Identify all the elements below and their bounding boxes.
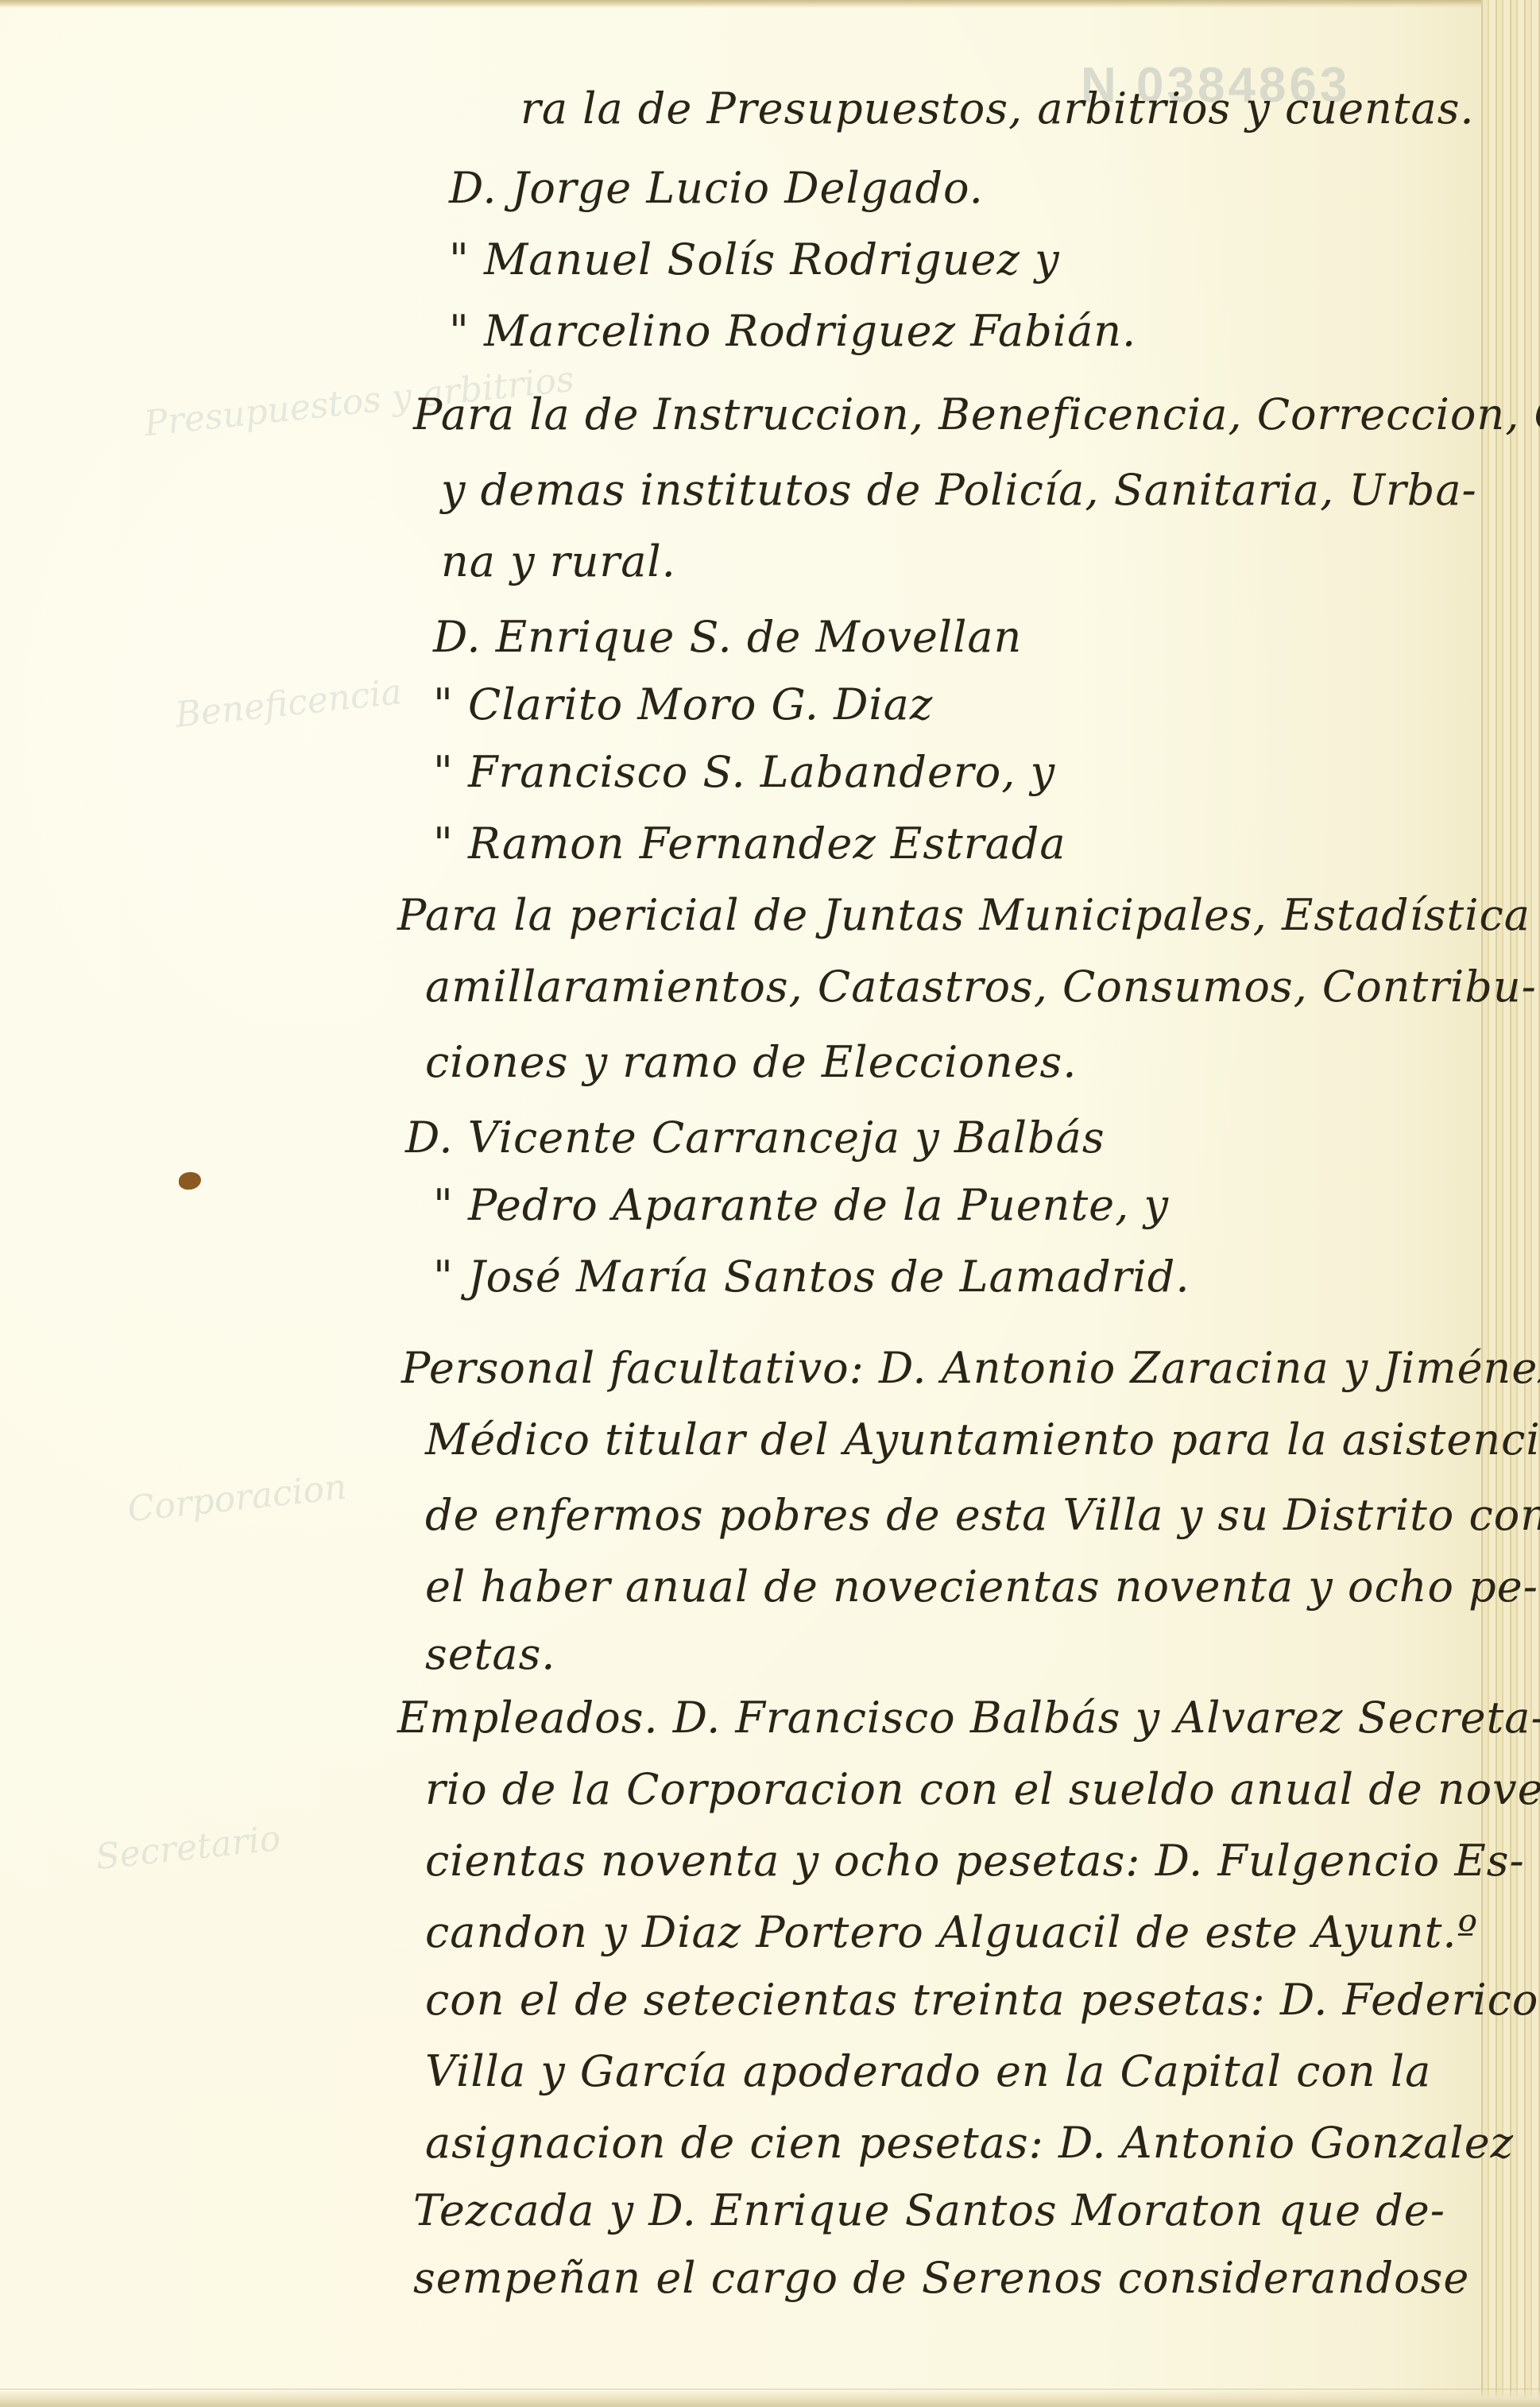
manuscript-line: " Marcelino Rodriguez Fabián. xyxy=(449,306,1136,356)
manuscript-line: " Pedro Aparante de la Puente, y xyxy=(433,1180,1169,1230)
manuscript-line: D. Enrique S. de Movellan xyxy=(433,612,1022,662)
manuscript-line: sempeñan el cargo de Serenos considerand… xyxy=(413,2253,1469,2303)
manuscript-line: D. Jorge Lucio Delgado. xyxy=(449,163,984,213)
manuscript-line: y demas institutos de Policía, Sanitaria… xyxy=(441,465,1477,515)
manuscript-line: Personal facultativo: D. Antonio Zaracin… xyxy=(401,1343,1540,1393)
manuscript-line: " Clarito Moro G. Diaz xyxy=(433,679,933,729)
manuscript-line: amillaramientos, Catastros, Consumos, Co… xyxy=(425,962,1537,1012)
handwritten-text-block: ra la de Presupuestos, arbitrios y cuent… xyxy=(0,0,1540,2407)
manuscript-line: Médico titular del Ayuntamiento para la … xyxy=(425,1414,1540,1465)
manuscript-line: na y rural. xyxy=(441,536,676,586)
manuscript-line: Tezcada y D. Enrique Santos Moraton que … xyxy=(413,2185,1445,2235)
manuscript-line: rio de la Corporacion con el sueldo anua… xyxy=(425,1764,1540,1814)
manuscript-line: " Manuel Solís Rodriguez y xyxy=(449,234,1060,284)
manuscript-line: ra la de Presupuestos, arbitrios y cuent… xyxy=(520,83,1475,134)
manuscript-line: Villa y García apoderado en la Capital c… xyxy=(425,2046,1431,2096)
manuscript-line: Para la de Instruccion, Beneficencia, Co… xyxy=(413,389,1540,439)
manuscript-line: " José María Santos de Lamadrid. xyxy=(433,1252,1190,1302)
manuscript-page: N 0384863 Presupuestos y arbitriosBenefi… xyxy=(0,0,1540,2407)
manuscript-line: Empleados. D. Francisco Balbás y Alvarez… xyxy=(397,1693,1540,1743)
manuscript-line: candon y Diaz Portero Alguacil de este A… xyxy=(425,1907,1478,1957)
manuscript-line: con el de setecientas treinta pesetas: D… xyxy=(425,1975,1538,2025)
manuscript-line: de enfermos pobres de esta Villa y su Di… xyxy=(425,1490,1540,1540)
manuscript-line: " Ramon Fernandez Estrada xyxy=(433,818,1066,869)
manuscript-line: asignacion de cien pesetas: D. Antonio G… xyxy=(425,2118,1514,2168)
manuscript-line: el haber anual de novecientas noventa y … xyxy=(425,1561,1538,1612)
manuscript-line: setas. xyxy=(425,1629,555,1679)
manuscript-line: Para la pericial de Juntas Municipales, … xyxy=(397,890,1530,940)
manuscript-line: D. Vicente Carranceja y Balbás xyxy=(405,1113,1105,1163)
manuscript-line: ciones y ramo de Elecciones. xyxy=(425,1037,1077,1087)
manuscript-line: " Francisco S. Labandero, y xyxy=(433,747,1055,797)
manuscript-line: cientas noventa y ocho pesetas: D. Fulge… xyxy=(425,1836,1525,1886)
